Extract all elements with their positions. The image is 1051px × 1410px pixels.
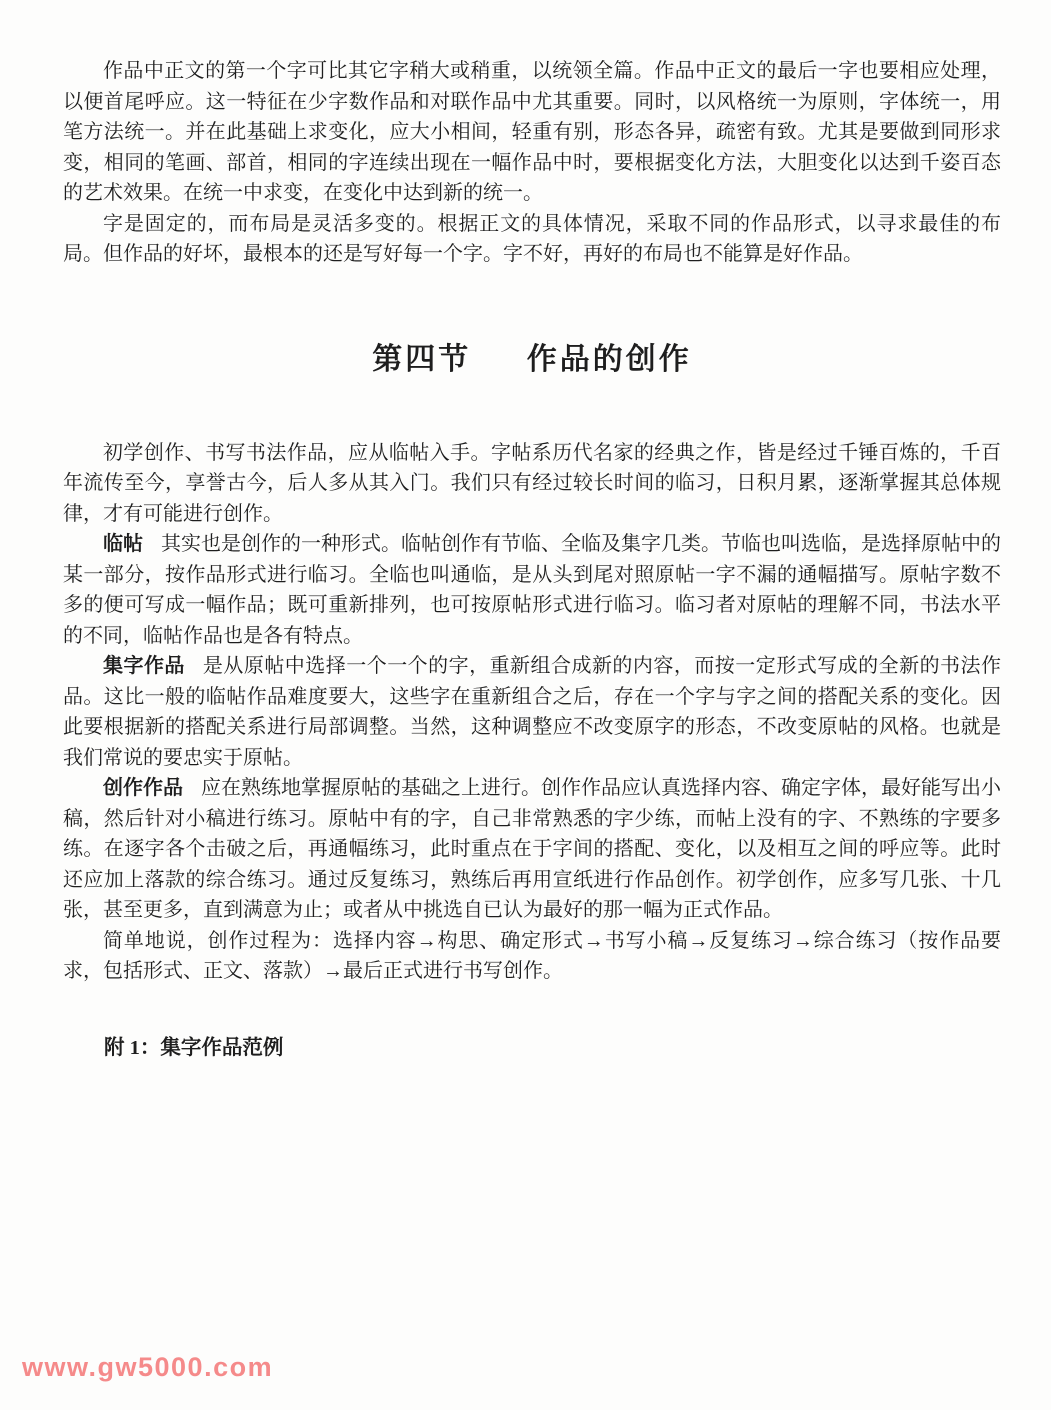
document-page: 作品中正文的第一个字可比其它字稍大或稍重，以统领全篇。作品中正文的最后一字也要相… [0, 0, 1051, 1410]
section-title: 作品的创作 [527, 343, 692, 376]
paragraph-text-chuangzuo: 应在熟练地掌握原帖的基础之上进行。创作作品应认真选择内容、确定字体，最好能写出小… [63, 777, 1001, 921]
appendix-heading: 附 1：集字作品范例 [63, 1033, 1001, 1064]
paragraph-lead-jizi: 集字作品 [103, 655, 185, 677]
intro-paragraph-2: 字是固定的，而布局是灵活多变的。根据正文的具体情况，采取不同的作品形式，以寻求最… [63, 209, 1001, 270]
paragraph-lead-lintie: 临帖 [103, 533, 143, 555]
paragraph-lead-chuangzuo: 创作作品 [103, 777, 183, 799]
paragraph-text-lintie: 其实也是创作的一种形式。临帖创作有节临、全临及集字几类。节临也叫选临，是选择原帖… [63, 533, 1001, 647]
page-content: 作品中正文的第一个字可比其它字稍大或稍重，以统领全篇。作品中正文的最后一字也要相… [63, 56, 1001, 1063]
section-number: 第四节 [372, 343, 471, 376]
watermark-url: www.gw5000.com [22, 1352, 273, 1383]
body-paragraph-jizi: 集字作品是从原帖中选择一个一个的字，重新组合成新的内容，而按一定形式写成的全新的… [63, 651, 1001, 773]
body-paragraph-summary: 简单地说，创作过程为：选择内容→构思、确定形式→书写小稿→反复练习→综合练习（按… [63, 926, 1001, 987]
appendix-title: 集字作品范例 [160, 1037, 283, 1059]
paragraph-text-jizi: 是从原帖中选择一个一个的字，重新组合成新的内容，而按一定形式写成的全新的书法作品… [63, 655, 1001, 769]
body-paragraph-chuangzuo: 创作作品应在熟练地掌握原帖的基础之上进行。创作作品应认真选择内容、确定字体，最好… [63, 773, 1001, 926]
body-paragraph-intro-practice: 初学创作、书写书法作品，应从临帖入手。字帖系历代名家的经典之作，皆是经过千锤百炼… [63, 438, 1001, 530]
section-heading: 第四节 作品的创作 [63, 340, 1001, 380]
body-paragraph-lintie: 临帖其实也是创作的一种形式。临帖创作有节临、全临及集字几类。节临也叫选临，是选择… [63, 529, 1001, 651]
intro-paragraph-1: 作品中正文的第一个字可比其它字稍大或稍重，以统领全篇。作品中正文的最后一字也要相… [63, 56, 1001, 209]
appendix-label: 附 1： [104, 1037, 160, 1059]
